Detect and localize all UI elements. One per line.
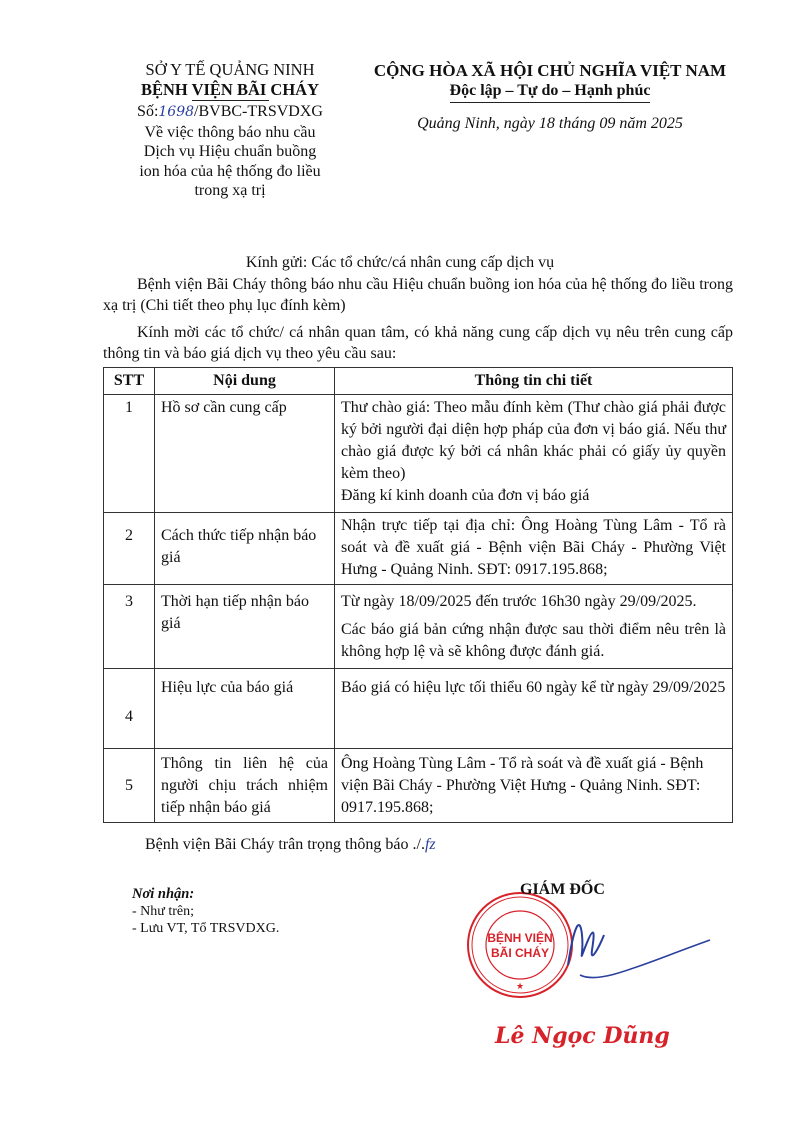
recipients-block: Nơi nhận: - Như trên; - Lưu VT, Tổ TRSVD… [132,886,279,937]
row-stt: 1 [104,395,155,513]
svg-text:★: ★ [516,981,524,991]
row-detail: Nhận trực tiếp tại địa chỉ: Ông Hoàng Tù… [335,513,733,585]
addressee: Kính gửi: Các tổ chức/cá nhân cung cấp d… [100,254,700,272]
intro-paragraph: Bệnh viện Bãi Cháy thông báo nhu cầu Hiệ… [103,274,733,316]
hospital-name: BỆNH VIỆN BÃI CHÁY [100,80,360,100]
table-row: 2 Cách thức tiếp nhận báo giá Nhận trực … [104,513,733,585]
handwritten-signature-icon [560,905,720,995]
row-stt: 3 [104,585,155,669]
document-date: Quảng Ninh, ngày 18 tháng 09 năm 2025 [355,115,745,133]
nation-title: CỘNG HÒA XÃ HỘI CHỦ NGHĨA VIỆT NAM [355,60,745,81]
number-prefix: Số: [137,103,158,120]
detail-line: Các báo giá bản cứng nhận được sau thời … [341,619,726,663]
row-detail: Ông Hoàng Tùng Lâm - Tổ rà soát và đề xu… [335,749,733,823]
row-stt: 2 [104,513,155,585]
table-row: 3 Thời hạn tiếp nhận báo giá Từ ngày 18/… [104,585,733,669]
signer-position: GIÁM ĐỐC [520,881,605,899]
subject-line: trong xạ trị [100,181,360,201]
row-content: Thời hạn tiếp nhận báo giá [155,585,335,669]
official-seal-icon: BỆNH VIỆN BÃI CHÁY ★ [465,890,575,1000]
row-detail: Báo giá có hiệu lực tối thiểu 60 ngày kể… [335,669,733,749]
detail-line: Đăng kí kinh doanh của đơn vị báo giá [341,485,726,507]
initial-mark: fz [425,836,436,853]
recipient-item: - Như trên; [132,903,279,920]
table-row: 5 Thông tin liên hệ của người chịu trách… [104,749,733,823]
subject-line: ion hóa của hệ thống đo liều [100,162,360,182]
row-content: Hồ sơ cần cung cấp [155,395,335,513]
recipients-title: Nơi nhận: [132,886,279,903]
header-content: Nội dung [155,368,335,395]
row-detail: Thư chào giá: Theo mẫu đính kèm (Thư chà… [335,395,733,513]
detail-line: Từ ngày 18/09/2025 đến trước 16h30 ngày … [341,591,726,613]
header-divider [192,100,269,101]
header-detail: Thông tin chi tiết [335,368,733,395]
national-header: CỘNG HÒA XÃ HỘI CHỦ NGHĨA VIỆT NAM Độc l… [355,60,745,133]
seal-line-1: BỆNH VIỆN [487,930,552,945]
row-content: Cách thức tiếp nhận báo giá [155,513,335,585]
subject-line: Dịch vụ Hiệu chuẩn buồng [100,142,360,162]
requirements-table: STT Nội dung Thông tin chi tiết 1 Hồ sơ … [103,367,733,823]
row-content: Thông tin liên hệ của người chịu trách n… [155,749,335,823]
department-name: SỞ Y TẾ QUẢNG NINH [100,60,360,80]
detail-line: Thư chào giá: Theo mẫu đính kèm (Thư chà… [341,397,726,485]
issuer-header: SỞ Y TẾ QUẢNG NINH BỆNH VIỆN BÃI CHÁY Số… [100,60,360,201]
table-row: 4 Hiệu lực của báo giá Báo giá có hiệu l… [104,669,733,749]
row-detail: Từ ngày 18/09/2025 đến trước 16h30 ngày … [335,585,733,669]
subject-line: Về việc thông báo nhu cầu [100,123,360,143]
document-number: Số:1698/BVBC-TRSVDXG [100,102,360,123]
number-suffix: /BVBC-TRSVDXG [194,103,323,120]
row-stt: 5 [104,749,155,823]
closing-text: Bệnh viện Bãi Cháy trân trọng thông báo … [145,836,425,853]
invitation-paragraph: Kính mời các tổ chức/ cá nhân quan tâm, … [103,322,733,364]
table-row: 1 Hồ sơ cần cung cấp Thư chào giá: Theo … [104,395,733,513]
seal-line-2: BÃI CHÁY [491,945,549,960]
table-header-row: STT Nội dung Thông tin chi tiết [104,368,733,395]
row-stt: 4 [104,669,155,749]
handwritten-number: 1698 [158,104,194,120]
national-motto: Độc lập – Tự do – Hạnh phúc [450,81,651,103]
signer-name: Lê Ngọc Dũng [495,1023,670,1049]
header-stt: STT [104,368,155,395]
closing-line: Bệnh viện Bãi Cháy trân trọng thông báo … [145,836,436,854]
recipient-item: - Lưu VT, Tổ TRSVDXG. [132,920,279,937]
row-content: Hiệu lực của báo giá [155,669,335,749]
